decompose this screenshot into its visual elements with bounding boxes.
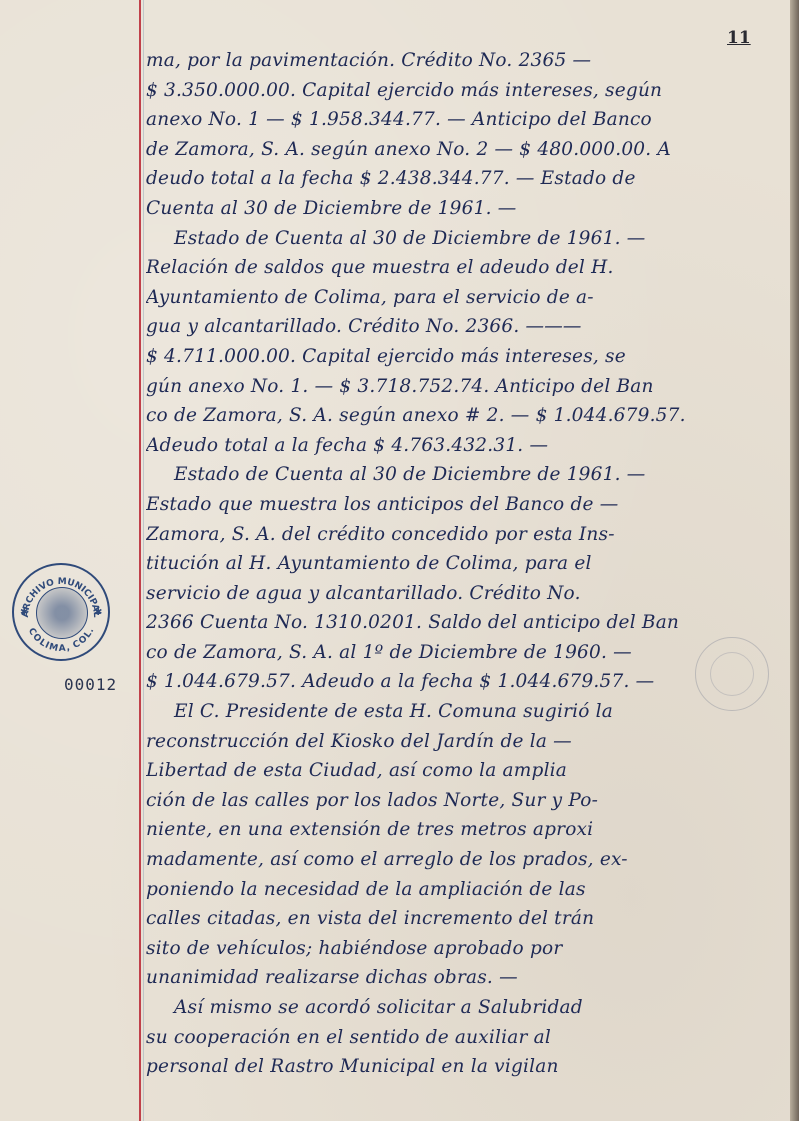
handwritten-line: $ 3.350.000.00. Capital ejercido más int… bbox=[146, 76, 786, 106]
handwritten-line: reconstrucción del Kiosko del Jardín de … bbox=[146, 727, 786, 757]
handwritten-line: deudo total a la fecha $ 2.438.344.77. —… bbox=[146, 164, 786, 194]
handwritten-line: Estado que muestra los anticipos del Ban… bbox=[146, 490, 786, 520]
handwritten-line: unanimidad realizarse dichas obras. — bbox=[146, 963, 786, 993]
handwritten-line: servicio de agua y alcantarillado. Crédi… bbox=[146, 579, 786, 609]
handwritten-line: anexo No. 1 — $ 1.958.344.77. — Anticipo… bbox=[146, 105, 786, 135]
handwritten-line: Así mismo se acordó solicitar a Salubrid… bbox=[146, 993, 786, 1023]
handwritten-line: su cooperación en el sentido de auxiliar… bbox=[146, 1023, 786, 1053]
handwritten-text-body: ma, por la pavimentación. Crédito No. 23… bbox=[146, 46, 786, 1082]
book-page-edge bbox=[790, 0, 799, 1121]
handwritten-line: El C. Presidente de esta H. Comuna sugir… bbox=[146, 697, 786, 727]
handwritten-line: niente, en una extensión de tres metros … bbox=[146, 815, 786, 845]
handwritten-line: gún anexo No. 1. — $ 3.718.752.74. Antic… bbox=[146, 372, 786, 402]
handwritten-line: 2366 Cuenta No. 1310.0201. Saldo del ant… bbox=[146, 608, 786, 638]
handwritten-line: Libertad de esta Ciudad, así como la amp… bbox=[146, 756, 786, 786]
handwritten-line: titución al H. Ayuntamiento de Colima, p… bbox=[146, 549, 786, 579]
handwritten-line: co de Zamora, S. A. según anexo # 2. — $… bbox=[146, 401, 786, 431]
handwritten-line: ma, por la pavimentación. Crédito No. 23… bbox=[146, 46, 786, 76]
stamp-star-icon: ✱ bbox=[20, 607, 28, 618]
handwritten-line: Adeudo total a la fecha $ 4.763.432.31. … bbox=[146, 431, 786, 461]
handwritten-line: madamente, así como el arreglo de los pr… bbox=[146, 845, 786, 875]
stamp-seal-emblem-icon bbox=[36, 587, 88, 639]
handwritten-line: Relación de saldos que muestra el adeudo… bbox=[146, 253, 786, 283]
handwritten-line: calles citadas, en vista del incremento … bbox=[146, 904, 786, 934]
handwritten-line: gua y alcantarillado. Crédito No. 2366. … bbox=[146, 312, 786, 342]
handwritten-line: Zamora, S. A. del crédito concedido por … bbox=[146, 520, 786, 550]
handwritten-line: poniendo la necesidad de la ampliación d… bbox=[146, 875, 786, 905]
stamp-star-icon: ✱ bbox=[94, 607, 102, 618]
ledger-page: 11 ARCHIVO MUNICIPAL COLIMA, COL. ✱ ✱ 00… bbox=[0, 0, 790, 1121]
handwritten-line: sito de vehículos; habiéndose aprobado p… bbox=[146, 934, 786, 964]
red-margin-line bbox=[139, 0, 141, 1121]
handwritten-line: $ 1.044.679.57. Adeudo a la fecha $ 1.04… bbox=[146, 667, 786, 697]
handwritten-line: de Zamora, S. A. según anexo No. 2 — $ 4… bbox=[146, 135, 786, 165]
archive-folio-number: 00012 bbox=[64, 675, 117, 694]
handwritten-line: personal del Rastro Municipal en la vigi… bbox=[146, 1052, 786, 1082]
handwritten-line: Estado de Cuenta al 30 de Diciembre de 1… bbox=[146, 224, 786, 254]
page-number: 11 bbox=[727, 28, 751, 48]
handwritten-line: Ayuntamiento de Colima, para el servicio… bbox=[146, 283, 786, 313]
archivo-municipal-stamp: ARCHIVO MUNICIPAL COLIMA, COL. ✱ ✱ bbox=[12, 563, 110, 661]
handwritten-line: ción de las calles por los lados Norte, … bbox=[146, 786, 786, 816]
margin-guide-line bbox=[143, 0, 144, 1121]
handwritten-line: co de Zamora, S. A. al 1º de Diciembre d… bbox=[146, 638, 786, 668]
handwritten-line: Estado de Cuenta al 30 de Diciembre de 1… bbox=[146, 460, 786, 490]
handwritten-line: Cuenta al 30 de Diciembre de 1961. — bbox=[146, 194, 786, 224]
handwritten-line: $ 4.711.000.00. Capital ejercido más int… bbox=[146, 342, 786, 372]
